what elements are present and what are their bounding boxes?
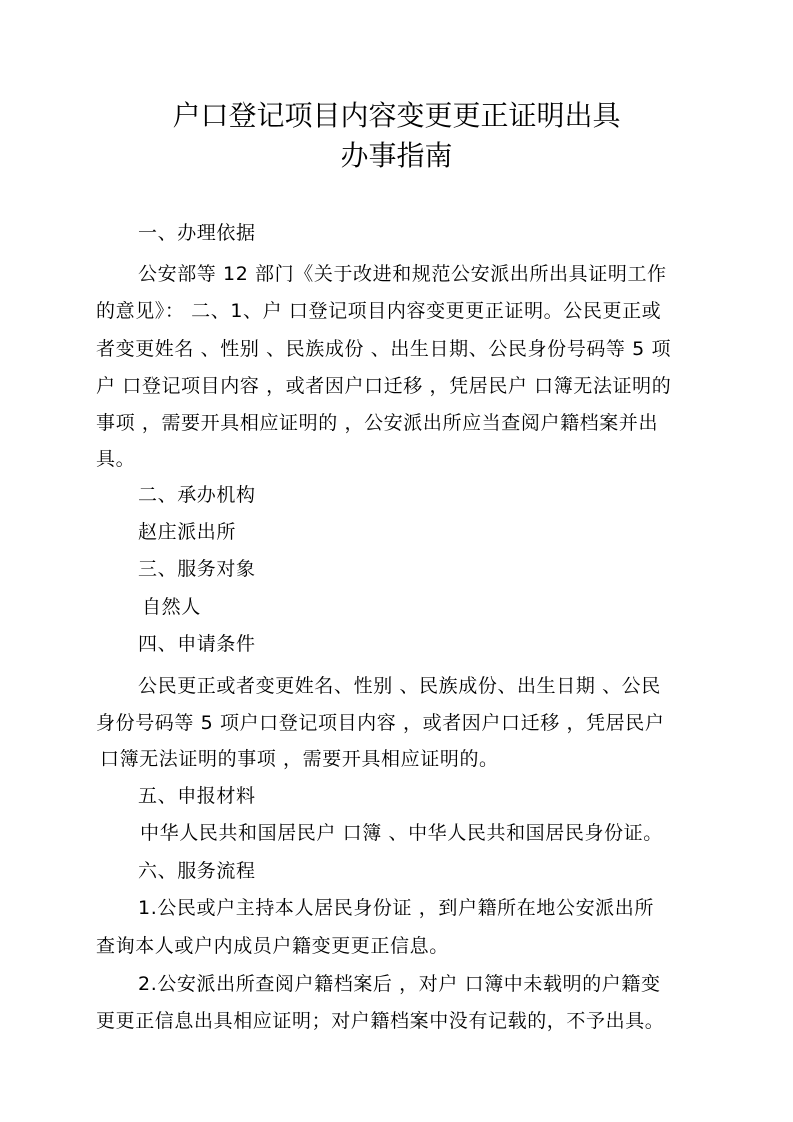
document-title-line-2: 办事指南 bbox=[0, 138, 793, 174]
basis-paragraph-line: 户 口登记项目内容 ，或者因户口迁移 ，凭居民户 口簿无法证明的 bbox=[96, 373, 671, 399]
conditions-paragraph-line: 公民更正或者变更姓名、性别 、民族成份、出生日期 、公民 bbox=[138, 673, 661, 699]
materials-value: 中华人民共和国居民户 口簿 、中华人民共和国居民身份证。 bbox=[140, 820, 663, 846]
document-page: 户口登记项目内容变更更正证明出具 办事指南 一、办理依据 公安部等 12 部门《… bbox=[0, 0, 793, 1122]
section-heading-materials: 五、申报材料 bbox=[138, 783, 256, 809]
process-step-line: 更更正信息出具相应证明；对户籍档案中没有记载的，不予出具。 bbox=[96, 1008, 664, 1034]
conditions-paragraph-line: 口簿无法证明的事项 ，需要开具相应证明的。 bbox=[100, 746, 499, 772]
document-title-line-1: 户口登记项目内容变更更正证明出具 bbox=[0, 98, 793, 134]
basis-paragraph-line: 事项 ，需要开具相应证明的 ，公安派出所应当查阅户籍档案并出 bbox=[96, 410, 658, 436]
basis-paragraph-line: 者变更姓名 、性别 、民族成份 、出生日期、公民身份号码等 5 项 bbox=[96, 336, 671, 362]
section-heading-basis: 一、办理依据 bbox=[138, 220, 256, 246]
process-step-line: 1.公民或户主持本人居民身份证 ，到户籍所在地公安派出所 bbox=[138, 895, 654, 921]
service-target-value: 自然人 bbox=[142, 594, 201, 620]
conditions-paragraph-line: 身份号码等 5 项户口登记项目内容 ，或者因户口迁移 ，凭居民户 bbox=[96, 710, 664, 736]
basis-paragraph-line: 具。 bbox=[96, 446, 135, 472]
basis-paragraph-line: 的意见》： 二、1、户 口登记项目内容变更更正证明。公民更正或 bbox=[96, 298, 661, 324]
section-heading-process: 六、服务流程 bbox=[138, 858, 256, 884]
process-step-line: 2.公安派出所查阅户籍档案后 ，对户 口簿中未载明的户籍变 bbox=[138, 971, 661, 997]
section-heading-agency: 二、承办机构 bbox=[138, 482, 256, 508]
section-heading-conditions: 四、申请条件 bbox=[138, 631, 256, 657]
process-step-line: 查询本人或户内成员户籍变更更正信息。 bbox=[96, 933, 449, 959]
agency-name: 赵庄派出所 bbox=[138, 519, 236, 545]
basis-paragraph-line: 公安部等 12 部门《关于改进和规范公安派出所出具证明工作 bbox=[138, 261, 667, 287]
section-heading-service-target: 三、服务对象 bbox=[138, 556, 256, 582]
